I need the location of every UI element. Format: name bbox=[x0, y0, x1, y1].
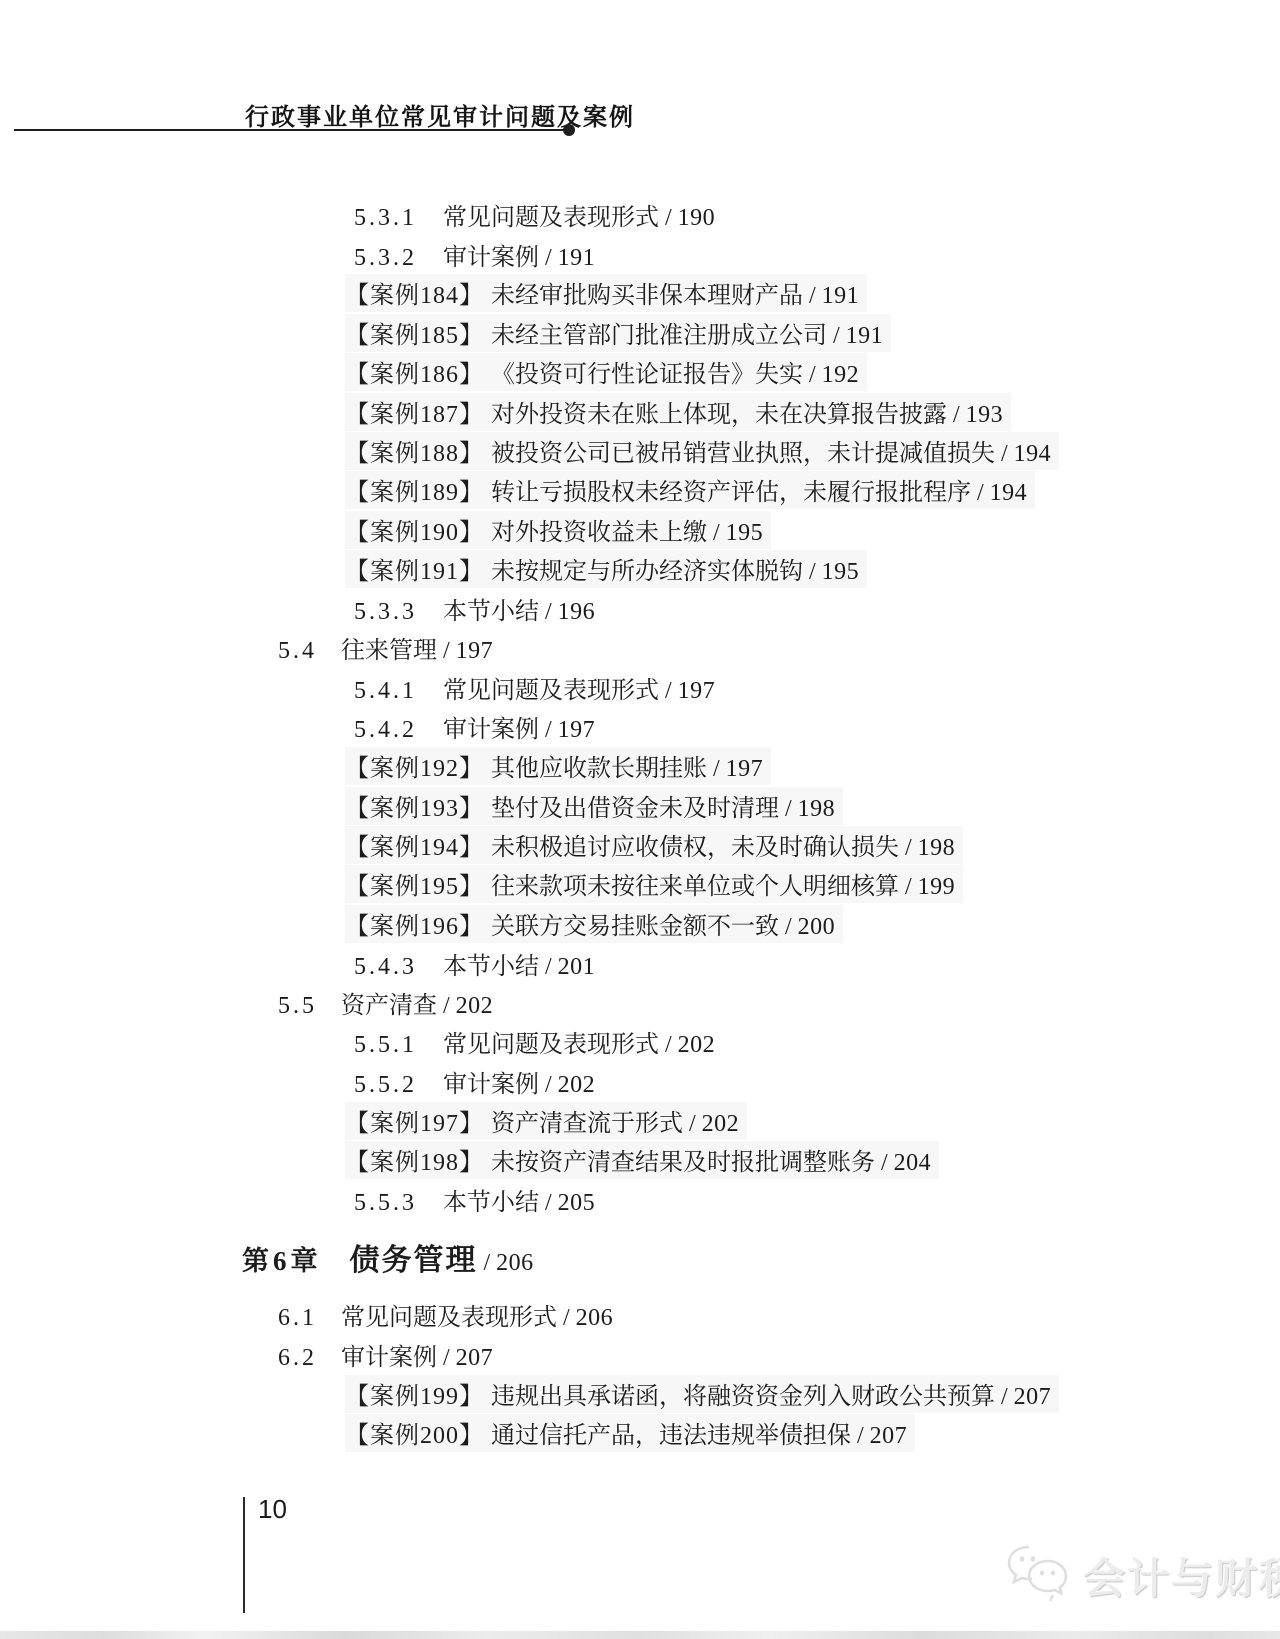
toc-entry-label: 【案例185】 bbox=[345, 315, 484, 350]
toc-entry-separator: / bbox=[995, 441, 1014, 468]
toc-entry-separator: / bbox=[683, 1111, 702, 1138]
toc-entry-label: 【案例186】 bbox=[345, 354, 484, 389]
footer-rule bbox=[243, 1497, 245, 1613]
toc-entry: 6.2审计案例 / 207 bbox=[0, 1335, 1280, 1374]
toc-entry: 5.5资产清查 / 202 bbox=[0, 983, 1280, 1022]
toc-entry-separator: / bbox=[557, 1305, 576, 1332]
toc-entry-page: 194 bbox=[990, 480, 1028, 507]
toc-entry-label: 5.5.1 bbox=[354, 1032, 417, 1059]
table-of-contents: 5.3.1常见问题及表现形式 / 1905.3.2审计案例 / 191【案例18… bbox=[0, 195, 1280, 1453]
toc-entry-separator: / bbox=[899, 874, 918, 901]
toc-entry-inner: 5.4.1常见问题及表现形式 / 197 bbox=[354, 670, 715, 705]
toc-entry-label: 6.1 bbox=[278, 1305, 317, 1332]
toc-entry-separator: / bbox=[437, 638, 456, 665]
toc-entry-title: 其他应收款长期挂账 bbox=[491, 748, 707, 783]
toc-entry-inner: 【案例191】未按规定与所办经济实体脱钩 / 195 bbox=[345, 550, 867, 588]
toc-entry-label: 5.5.2 bbox=[354, 1072, 417, 1099]
toc-entry-label: 6.2 bbox=[278, 1345, 317, 1372]
toc-entry-title: 债务管理 bbox=[350, 1235, 478, 1279]
toc-entry-inner: 【案例185】未经主管部门批准注册成立公司 / 191 bbox=[345, 314, 891, 352]
toc-entry-label: 【案例194】 bbox=[345, 827, 484, 862]
toc-entry-inner: 6.1常见问题及表现形式 / 206 bbox=[278, 1297, 613, 1332]
toc-entry-title: 本节小结 bbox=[443, 591, 539, 626]
toc-entry-label: 【案例192】 bbox=[345, 748, 484, 783]
toc-entry-title: 垫付及出借资金未及时清理 bbox=[491, 788, 779, 823]
wechat-bubbles-icon bbox=[1005, 1543, 1071, 1608]
toc-entry-title: 审计案例 bbox=[443, 709, 539, 744]
toc-entry-separator: / bbox=[539, 245, 558, 272]
toc-entry-label: 【案例196】 bbox=[345, 906, 484, 941]
toc-entry-page: 202 bbox=[456, 993, 494, 1020]
toc-entry-title: 常见问题及表现形式 bbox=[443, 670, 659, 705]
toc-entry-title: 资产清查 bbox=[341, 985, 437, 1020]
toc-entry: 【案例184】未经审批购买非保本理财产品 / 191 bbox=[0, 274, 1280, 313]
toc-entry-inner: 【案例187】对外投资未在账上体现，未在决算报告披露 / 193 bbox=[345, 393, 1011, 431]
toc-entry-title: 未积极追讨应收债权，未及时确认损失 bbox=[491, 827, 899, 862]
toc-entry-page: 197 bbox=[678, 678, 716, 705]
toc-entry-page: 198 bbox=[918, 835, 956, 862]
toc-entry-page: 195 bbox=[726, 520, 764, 547]
toc-entry-title: 常见问题及表现形式 bbox=[443, 197, 659, 232]
toc-entry: 【案例194】未积极追讨应收债权，未及时确认损失 / 198 bbox=[0, 825, 1280, 864]
toc-entry-inner: 5.5资产清查 / 202 bbox=[278, 985, 493, 1020]
toc-entry: 【案例190】对外投资收益未上缴 / 195 bbox=[0, 510, 1280, 549]
header-rule bbox=[14, 129, 564, 131]
toc-entry-inner: 5.5.1常见问题及表现形式 / 202 bbox=[354, 1024, 715, 1059]
toc-entry-page: 196 bbox=[558, 599, 596, 626]
toc-entry-separator: / bbox=[539, 599, 558, 626]
toc-entry-page: 202 bbox=[702, 1111, 740, 1138]
toc-entry-label: 【案例187】 bbox=[345, 394, 484, 429]
toc-entry-title: 往来款项未按往来单位或个人明细核算 bbox=[491, 866, 899, 901]
toc-entry-label: 【案例199】 bbox=[345, 1376, 484, 1411]
toc-entry-label: 【案例197】 bbox=[345, 1103, 484, 1138]
toc-entry-inner: 第6章债务管理 / 206 bbox=[242, 1235, 534, 1279]
toc-entry: 5.4往来管理 / 197 bbox=[0, 628, 1280, 667]
toc-entry: 5.3.1常见问题及表现形式 / 190 bbox=[0, 195, 1280, 234]
toc-entry: 【案例198】未按资产清查结果及时报批调整账务 / 204 bbox=[0, 1140, 1280, 1179]
toc-entry-inner: 5.4往来管理 / 197 bbox=[278, 630, 493, 665]
toc-entry-title: 违规出具承诺函，将融资资金列入财政公共预算 bbox=[491, 1376, 995, 1411]
toc-entry: 【案例189】转让亏损股权未经资产评估，未履行报批程序 / 194 bbox=[0, 471, 1280, 510]
toc-entry-page: 191 bbox=[822, 283, 860, 310]
toc-entry-label: 5.3.3 bbox=[354, 599, 417, 626]
toc-entry-page: 199 bbox=[918, 874, 956, 901]
toc-entry-title: 未经审批购买非保本理财产品 bbox=[491, 275, 803, 310]
toc-entry-separator: / bbox=[539, 1190, 558, 1217]
toc-entry-inner: 5.3.2审计案例 / 191 bbox=[354, 237, 595, 272]
toc-entry-inner: 5.4.3本节小结 / 201 bbox=[354, 946, 595, 981]
toc-entry-page: 190 bbox=[678, 205, 716, 232]
toc-entry: 【案例191】未按规定与所办经济实体脱钩 / 195 bbox=[0, 550, 1280, 589]
header-dot bbox=[563, 124, 575, 136]
toc-entry: 【案例200】通过信托产品，违法违规举债担保 / 207 bbox=[0, 1413, 1280, 1452]
toc-entry-label: 5.5 bbox=[278, 993, 317, 1020]
toc-entry: 5.3.3本节小结 / 196 bbox=[0, 589, 1280, 628]
toc-entry-inner: 【案例189】转让亏损股权未经资产评估，未履行报批程序 / 194 bbox=[345, 471, 1035, 509]
toc-entry-separator: / bbox=[539, 1072, 558, 1099]
toc-entry-page: 206 bbox=[576, 1305, 614, 1332]
toc-entry: 5.5.2审计案例 / 202 bbox=[0, 1062, 1280, 1101]
toc-entry-separator: / bbox=[803, 362, 822, 389]
toc-entry: 【案例186】《投资可行性论证报告》失实 / 192 bbox=[0, 353, 1280, 392]
toc-entry-title: 往来管理 bbox=[341, 630, 437, 665]
toc-entry-title: 审计案例 bbox=[443, 1064, 539, 1099]
toc-entry-title: 未按规定与所办经济实体脱钩 bbox=[491, 551, 803, 586]
toc-entry: 【案例187】对外投资未在账上体现，未在决算报告披露 / 193 bbox=[0, 392, 1280, 431]
toc-entry-title: 未经主管部门批准注册成立公司 bbox=[491, 315, 827, 350]
toc-entry-separator: / bbox=[851, 1423, 870, 1450]
toc-entry-separator: / bbox=[437, 993, 456, 1020]
toc-entry-separator: / bbox=[707, 520, 726, 547]
toc-entry-title: 本节小结 bbox=[443, 946, 539, 981]
watermark: 会计与财税 bbox=[1005, 1543, 1280, 1608]
toc-entry-title: 对外投资未在账上体现，未在决算报告披露 bbox=[491, 394, 947, 429]
toc-entry: 【案例193】垫付及出借资金未及时清理 / 198 bbox=[0, 786, 1280, 825]
toc-entry-page: 204 bbox=[894, 1150, 932, 1177]
toc-entry-separator: / bbox=[899, 835, 918, 862]
toc-entry-separator: / bbox=[803, 283, 822, 310]
toc-entry-title: 转让亏损股权未经资产评估，未履行报批程序 bbox=[491, 472, 971, 507]
toc-entry-separator: / bbox=[779, 914, 798, 941]
scan-edge-artifact bbox=[0, 1631, 1280, 1639]
toc-entry-separator: / bbox=[659, 205, 678, 232]
toc-entry-inner: 【案例193】垫付及出借资金未及时清理 / 198 bbox=[345, 787, 843, 825]
toc-entry-page: 198 bbox=[798, 796, 836, 823]
toc-entry-label: 【案例200】 bbox=[345, 1415, 484, 1450]
toc-entry-title: 审计案例 bbox=[341, 1337, 437, 1372]
toc-entry: 5.4.3本节小结 / 201 bbox=[0, 943, 1280, 982]
toc-entry-separator: / bbox=[803, 559, 822, 586]
toc-entry-page: 200 bbox=[798, 914, 836, 941]
toc-entry-separator: / bbox=[779, 796, 798, 823]
toc-entry-page: 197 bbox=[456, 638, 494, 665]
toc-entry: 6.1常见问题及表现形式 / 206 bbox=[0, 1295, 1280, 1334]
toc-entry: 5.5.3本节小结 / 205 bbox=[0, 1180, 1280, 1219]
toc-entry-separator: / bbox=[995, 1384, 1014, 1411]
toc-entry-title: 本节小结 bbox=[443, 1182, 539, 1217]
toc-entry: 第6章债务管理 / 206 bbox=[0, 1219, 1280, 1295]
toc-entry-page: 197 bbox=[726, 756, 764, 783]
toc-entry-label: 5.4 bbox=[278, 638, 317, 665]
toc-entry-page: 191 bbox=[846, 323, 884, 350]
toc-entry-inner: 【案例186】《投资可行性论证报告》失实 / 192 bbox=[345, 353, 867, 391]
toc-entry-separator: / bbox=[478, 1250, 497, 1277]
toc-entry: 【案例185】未经主管部门批准注册成立公司 / 191 bbox=[0, 313, 1280, 352]
toc-entry-separator: / bbox=[947, 402, 966, 429]
toc-entry-title: 常见问题及表现形式 bbox=[341, 1297, 557, 1332]
toc-entry-separator: / bbox=[659, 1032, 678, 1059]
toc-entry-page: 205 bbox=[558, 1190, 596, 1217]
toc-entry-label: 5.3.2 bbox=[354, 245, 417, 272]
toc-entry-separator: / bbox=[971, 480, 990, 507]
toc-entry-label: 5.4.3 bbox=[354, 954, 417, 981]
toc-entry-title: 审计案例 bbox=[443, 237, 539, 272]
toc-entry-separator: / bbox=[875, 1150, 894, 1177]
toc-entry-inner: 【案例192】其他应收款长期挂账 / 197 bbox=[345, 747, 771, 785]
toc-entry-label: 【案例193】 bbox=[345, 788, 484, 823]
toc-entry-label: 【案例188】 bbox=[345, 433, 484, 468]
toc-entry-label: 【案例184】 bbox=[345, 275, 484, 310]
toc-entry-inner: 【案例198】未按资产清查结果及时报批调整账务 / 204 bbox=[345, 1141, 939, 1179]
toc-entry-inner: 【案例199】违规出具承诺函，将融资资金列入财政公共预算 / 207 bbox=[345, 1375, 1059, 1413]
toc-entry-inner: 6.2审计案例 / 207 bbox=[278, 1337, 493, 1372]
toc-entry: 【案例197】资产清查流于形式 / 202 bbox=[0, 1101, 1280, 1140]
toc-entry-inner: 5.5.3本节小结 / 205 bbox=[354, 1182, 595, 1217]
book-toc-page: { "page": { "header": { "title": "行政事业单位… bbox=[0, 0, 1280, 1639]
toc-entry-separator: / bbox=[659, 678, 678, 705]
toc-entry-title: 常见问题及表现形式 bbox=[443, 1024, 659, 1059]
toc-entry-separator: / bbox=[539, 954, 558, 981]
toc-entry-page: 195 bbox=[822, 559, 860, 586]
toc-entry-inner: 【案例190】对外投资收益未上缴 / 195 bbox=[345, 511, 771, 549]
toc-entry-label: 5.4.2 bbox=[354, 717, 417, 744]
toc-entry-title: 未按资产清查结果及时报批调整账务 bbox=[491, 1142, 875, 1177]
toc-entry: 【案例196】关联方交易挂账金额不一致 / 200 bbox=[0, 904, 1280, 943]
toc-entry-inner: 5.4.2审计案例 / 197 bbox=[354, 709, 595, 744]
toc-entry-page: 207 bbox=[456, 1345, 494, 1372]
toc-entry-label: 5.5.3 bbox=[354, 1190, 417, 1217]
toc-entry-label: 【案例191】 bbox=[345, 551, 484, 586]
toc-entry: 5.4.1常见问题及表现形式 / 197 bbox=[0, 668, 1280, 707]
toc-entry-inner: 【案例195】往来款项未按往来单位或个人明细核算 / 199 bbox=[345, 865, 963, 903]
toc-entry-label: 【案例189】 bbox=[345, 472, 484, 507]
toc-entry: 【案例188】被投资公司已被吊销营业执照，未计提减值损失 / 194 bbox=[0, 431, 1280, 470]
toc-entry-title: 通过信托产品，违法违规举债担保 bbox=[491, 1415, 851, 1450]
toc-entry-inner: 【案例188】被投资公司已被吊销营业执照，未计提减值损失 / 194 bbox=[345, 432, 1059, 470]
toc-entry-page: 202 bbox=[558, 1072, 596, 1099]
toc-entry-page: 191 bbox=[558, 245, 596, 272]
toc-entry-label: 【案例198】 bbox=[345, 1142, 484, 1177]
toc-entry-page: 207 bbox=[870, 1423, 908, 1450]
toc-entry: 5.4.2审计案例 / 197 bbox=[0, 707, 1280, 746]
toc-entry: 5.5.1常见问题及表现形式 / 202 bbox=[0, 1022, 1280, 1061]
toc-entry-page: 202 bbox=[678, 1032, 716, 1059]
toc-entry-label: 【案例190】 bbox=[345, 512, 484, 547]
toc-entry-title: 资产清查流于形式 bbox=[491, 1103, 683, 1138]
toc-entry: 【案例195】往来款项未按往来单位或个人明细核算 / 199 bbox=[0, 865, 1280, 904]
watermark-text: 会计与财税 bbox=[1083, 1546, 1280, 1606]
toc-entry-page: 201 bbox=[558, 954, 596, 981]
toc-entry-title: 《投资可行性论证报告》失实 bbox=[491, 354, 803, 389]
toc-entry-label: 【案例195】 bbox=[345, 866, 484, 901]
page-number: 10 bbox=[258, 1494, 287, 1525]
toc-entry-inner: 【案例194】未积极追讨应收债权，未及时确认损失 / 198 bbox=[345, 826, 963, 864]
toc-entry-inner: 【案例200】通过信托产品，违法违规举债担保 / 207 bbox=[345, 1414, 915, 1452]
toc-entry-page: 194 bbox=[1014, 441, 1052, 468]
toc-entry-label: 5.3.1 bbox=[354, 205, 417, 232]
toc-entry: 【案例192】其他应收款长期挂账 / 197 bbox=[0, 746, 1280, 785]
toc-entry-title: 关联方交易挂账金额不一致 bbox=[491, 906, 779, 941]
toc-entry-label: 5.4.1 bbox=[354, 678, 417, 705]
toc-entry-title: 被投资公司已被吊销营业执照，未计提减值损失 bbox=[491, 433, 995, 468]
toc-entry-inner: 【案例184】未经审批购买非保本理财产品 / 191 bbox=[345, 274, 867, 312]
toc-entry-inner: 【案例196】关联方交易挂账金额不一致 / 200 bbox=[345, 905, 843, 943]
toc-entry-title: 对外投资收益未上缴 bbox=[491, 512, 707, 547]
running-header-title: 行政事业单位常见审计问题及案例 bbox=[245, 97, 635, 132]
toc-entry: 【案例199】违规出具承诺函，将融资资金列入财政公共预算 / 207 bbox=[0, 1374, 1280, 1413]
toc-entry-page: 207 bbox=[1014, 1384, 1052, 1411]
toc-entry-page: 192 bbox=[822, 362, 860, 389]
toc-entry-separator: / bbox=[539, 717, 558, 744]
toc-entry-inner: 【案例197】资产清查流于形式 / 202 bbox=[345, 1102, 747, 1140]
toc-entry: 5.3.2审计案例 / 191 bbox=[0, 234, 1280, 273]
toc-entry-separator: / bbox=[707, 756, 726, 783]
toc-entry-inner: 5.5.2审计案例 / 202 bbox=[354, 1064, 595, 1099]
toc-entry-separator: / bbox=[827, 323, 846, 350]
toc-entry-page: 197 bbox=[558, 717, 596, 744]
toc-entry-inner: 5.3.1常见问题及表现形式 / 190 bbox=[354, 197, 715, 232]
toc-entry-page: 206 bbox=[496, 1250, 534, 1277]
toc-entry-label: 第6章 bbox=[242, 1239, 322, 1278]
toc-entry-separator: / bbox=[437, 1345, 456, 1372]
toc-entry-page: 193 bbox=[966, 402, 1004, 429]
toc-entry-inner: 5.3.3本节小结 / 196 bbox=[354, 591, 595, 626]
